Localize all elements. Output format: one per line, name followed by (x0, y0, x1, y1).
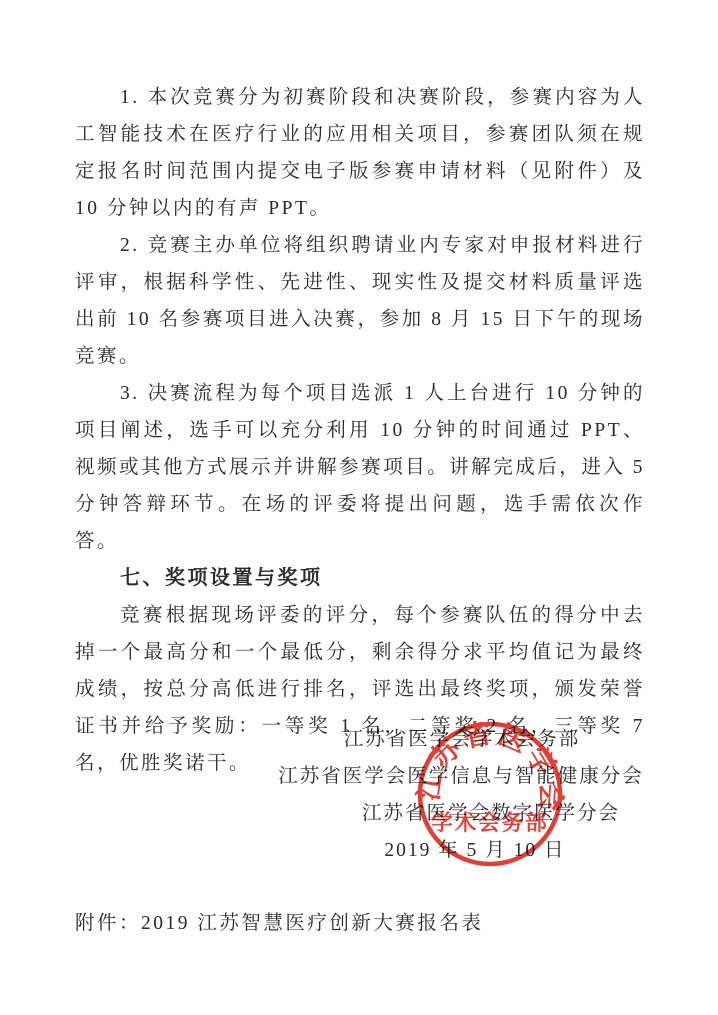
signature-line-3: 江苏省医学会数字医学分会 (362, 802, 620, 826)
date-line: 2019 年 5 月 10 日 (384, 839, 565, 863)
paragraph-3: 3. 决赛流程为每个项目选派 1 人上台进行 10 分钟的项目阐述，选手可以充分… (75, 375, 645, 560)
document-body: 1. 本次竞赛分为初赛阶段和决赛阶段，参赛内容为人工智能技术在医疗行业的应用相关… (75, 79, 645, 782)
paragraph-1: 1. 本次竞赛分为初赛阶段和决赛阶段，参赛内容为人工智能技术在医疗行业的应用相关… (75, 79, 645, 227)
document-page: 1. 本次竞赛分为初赛阶段和决赛阶段，参赛内容为人工智能技术在医疗行业的应用相关… (0, 0, 718, 1015)
paragraph-2: 2. 竞赛主办单位将组织聘请业内专家对申报材料进行评审，根据科学性、先进性、现实… (75, 227, 645, 375)
section-heading-awards: 七、奖项设置与奖项 (75, 560, 645, 597)
paragraph-awards: 竞赛根据现场评委的评分，每个参赛队伍的得分中去掉一个最高分和一个最低分，剩余得分… (75, 597, 645, 782)
signature-line-2: 江苏省医学会医学信息与智能健康分会 (278, 765, 644, 789)
attachment-line: 附件：2019 江苏智慧医疗创新大赛报名表 (75, 907, 483, 935)
signature-line-1: 江苏省医学会学术会务部 (344, 728, 581, 752)
